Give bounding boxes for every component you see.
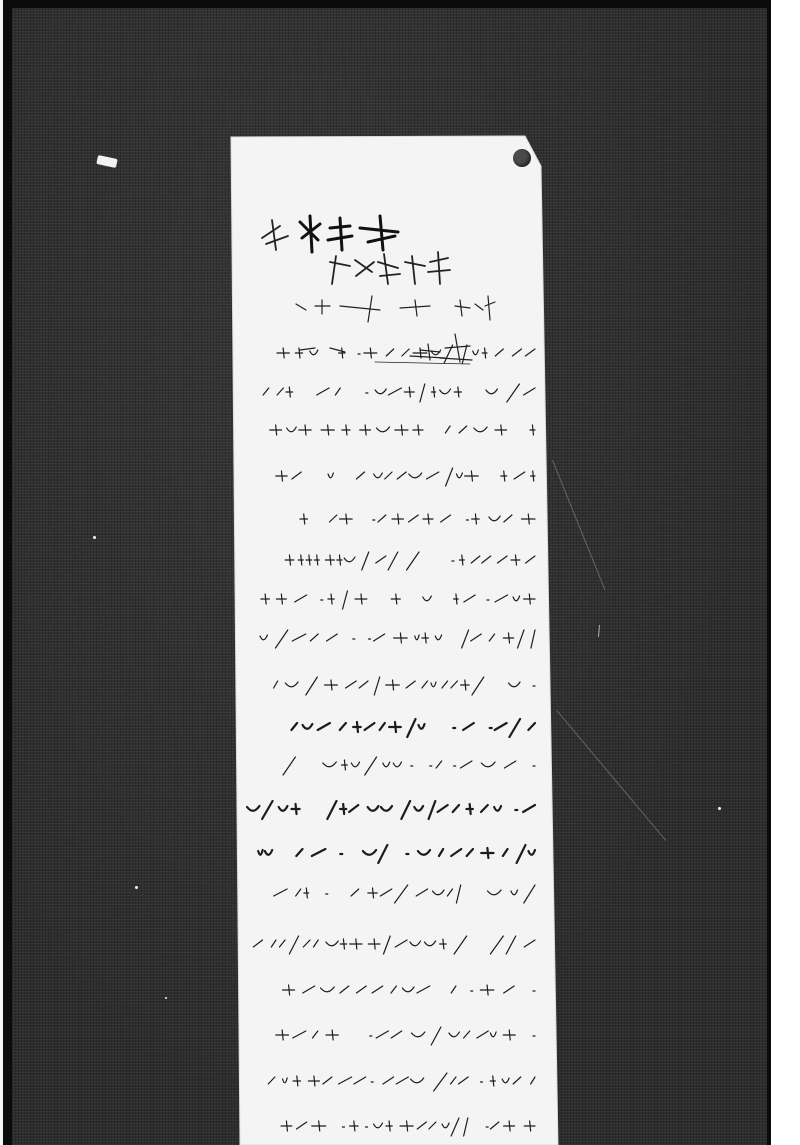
handwritten-line: …… (261, 591, 535, 609)
handwritten-line: …… (268, 1073, 535, 1091)
handwritten-line: …… (276, 1027, 535, 1045)
handwritten-line: …… (260, 630, 535, 648)
handwritten-line: ……下さい…… (283, 985, 535, 995)
handwritten-line: …… (291, 719, 535, 737)
handwritten-line: …… (258, 845, 535, 863)
handwritten-line: …… (283, 757, 535, 775)
handwritten-line: ……下さい (270, 425, 535, 435)
handwritten-line: …… (253, 936, 535, 954)
handwritten-line: …… (274, 677, 535, 695)
letter-body: ……一十手紙…………の…………下さい……下さい 一度…………の………………………… (245, 200, 545, 1145)
handwritten-line: …… (300, 514, 535, 524)
photo-frame: ……一十手紙…………の…………下さい……下さい 一度…………の………………………… (0, 0, 800, 1145)
handwritten-line: の…… (285, 552, 535, 570)
handwritten-line: …… (281, 1118, 535, 1136)
handwritten-line: ……の…… (263, 384, 535, 402)
handwriting-body: ……一十手紙…………の…………下さい……下さい 一度…………の………………………… (245, 200, 545, 1145)
handwritten-line: …… (274, 885, 535, 903)
handwritten-line: ……一十手紙…… (277, 345, 535, 363)
handwritten-line: ……下さい 一度…… (276, 468, 535, 486)
handwritten-line: ……一生…… (247, 801, 535, 819)
